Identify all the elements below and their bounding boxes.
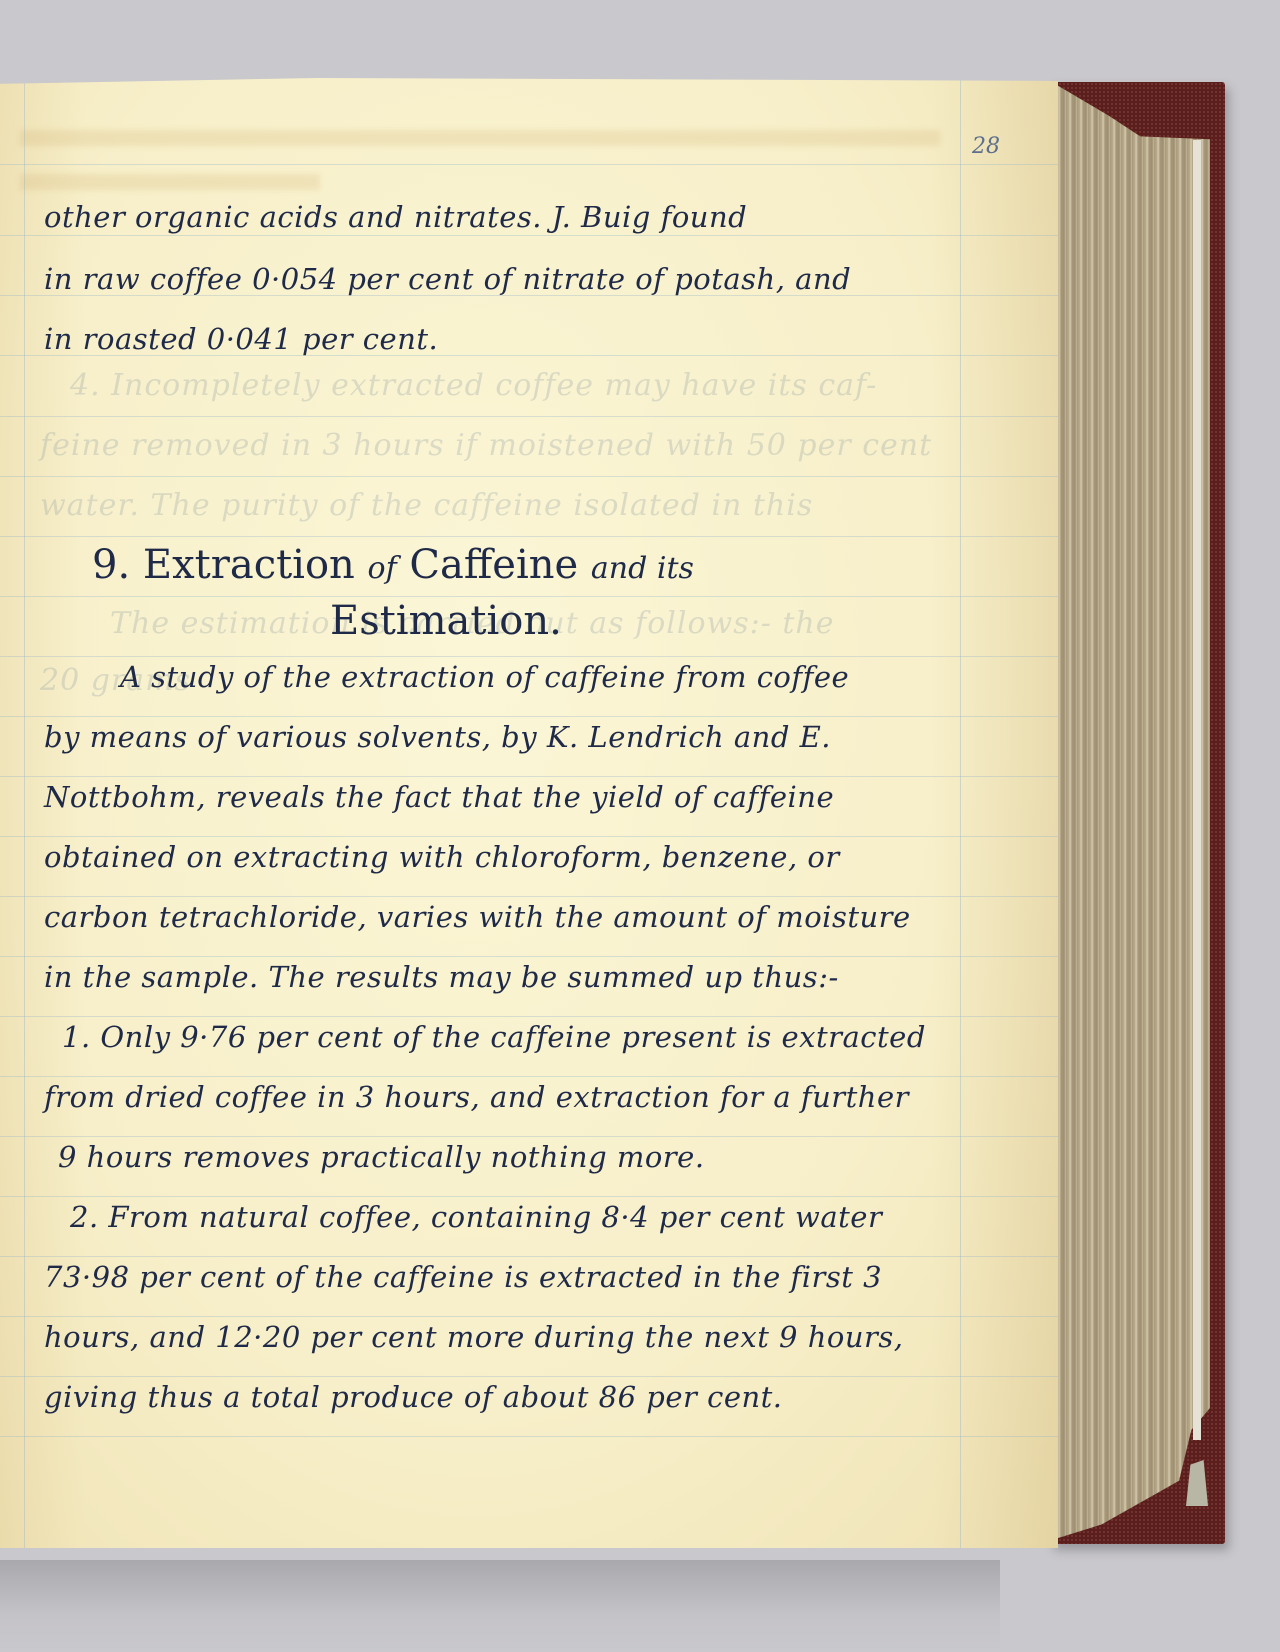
paragraph-line: in the sample. The results may be summed… <box>44 960 839 994</box>
ruled-line <box>0 896 1058 897</box>
text-line: in roasted 0·041 per cent. <box>44 322 438 356</box>
ruled-line <box>0 1436 1058 1437</box>
result-line: 73·98 per cent of the caffeine is extrac… <box>44 1260 882 1294</box>
ruled-line <box>0 1256 1058 1257</box>
result-line: 9 hours removes practically nothing more… <box>58 1140 705 1174</box>
table-shadow <box>0 1560 1000 1652</box>
section-number: 9. <box>92 542 130 588</box>
bleed-stain <box>20 130 940 146</box>
paragraph-line: by means of various solvents, by K. Lend… <box>44 720 831 754</box>
ruled-line <box>0 956 1058 957</box>
ruled-line <box>0 536 1058 537</box>
section-title-word: Caffeine <box>409 542 578 588</box>
paragraph-line: A study of the extraction of caffeine fr… <box>120 660 849 694</box>
result-line: 2. From natural coffee, containing 8·4 p… <box>70 1200 882 1234</box>
endpaper-strip <box>1193 140 1201 1440</box>
ruled-line <box>0 164 1058 165</box>
bleed-stain <box>20 174 320 190</box>
ruled-line <box>0 235 1058 236</box>
section-heading: 9. Extraction of Caffeine and its <box>92 542 694 588</box>
result-line: giving thus a total produce of about 86 … <box>44 1380 783 1414</box>
ruled-line <box>0 656 1058 657</box>
ruled-line <box>0 1016 1058 1017</box>
right-margin-rule <box>960 78 961 1548</box>
result-line: from dried coffee in 3 hours, and extrac… <box>44 1080 909 1114</box>
ruled-line <box>0 1376 1058 1377</box>
section-title-word: Extraction <box>143 542 355 588</box>
ruled-line <box>0 1196 1058 1197</box>
show-through-text: feine removed in 3 hours if moistened wi… <box>40 428 932 463</box>
ruled-line <box>0 716 1058 717</box>
show-through-text: 4. Incompletely extracted coffee may hav… <box>70 368 877 403</box>
paragraph-line: obtained on extracting with chloroform, … <box>44 840 840 874</box>
ruled-line <box>0 476 1058 477</box>
result-line: hours, and 12·20 per cent more during th… <box>44 1320 904 1354</box>
show-through-text: water. The purity of the caffeine isolat… <box>40 488 813 523</box>
ruled-line <box>0 776 1058 777</box>
ruled-line <box>0 596 1058 597</box>
result-line: 1. Only 9·76 per cent of the caffeine pr… <box>62 1020 926 1054</box>
notebook-page: 4. Incompletely extracted coffee may hav… <box>0 78 1058 1548</box>
ruled-line <box>0 836 1058 837</box>
ruled-line <box>0 1136 1058 1137</box>
paragraph-line: Nottbohm, reveals the fact that the yiel… <box>44 780 834 814</box>
paragraph-line: carbon tetrachloride, varies with the am… <box>44 900 911 934</box>
section-title-word: and its <box>591 551 694 586</box>
ruled-line <box>0 416 1058 417</box>
left-margin-rule <box>24 78 25 1548</box>
ruled-line <box>0 1076 1058 1077</box>
ruled-line <box>0 1316 1058 1317</box>
text-line: other organic acids and nitrates. J. Bui… <box>44 200 747 234</box>
text-line: in raw coffee 0·054 per cent of nitrate … <box>44 262 851 296</box>
section-title-word: of <box>368 551 397 586</box>
section-heading-line2: Estimation. <box>330 598 562 644</box>
page-fore-edge <box>1055 84 1210 1539</box>
page-number: 28 <box>972 134 1000 159</box>
